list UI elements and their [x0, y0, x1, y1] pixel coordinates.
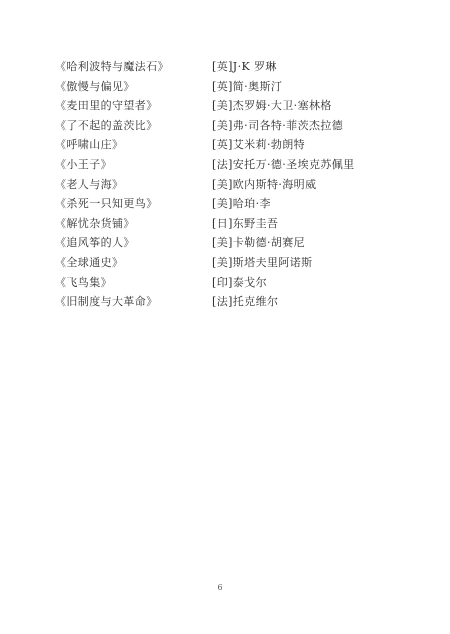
- book-list-row: 《解忧杂货铺》 [日]东野圭吾: [55, 214, 430, 234]
- book-title: 《旧制度与大革命》: [55, 292, 212, 312]
- book-title: 《了不起的盖茨比》: [55, 116, 212, 136]
- book-title: 《飞鸟集》: [55, 273, 212, 293]
- book-author: [英]J·K 罗琳: [212, 57, 430, 77]
- book-author: [英]简·奥斯汀: [212, 77, 430, 97]
- page-number: 6: [0, 583, 440, 592]
- book-list: 《哈利波特与魔法石》 [英]J·K 罗琳 《傲慢与偏见》 [英]简·奥斯汀 《麦…: [55, 57, 430, 312]
- book-list-row: 《了不起的盖茨比》 [美]弗·司各特·菲茨杰拉德: [55, 116, 430, 136]
- book-title: 《全球通史》: [55, 253, 212, 273]
- book-author: [美]欧内斯特·海明威: [212, 175, 430, 195]
- book-author: [美]卡勒德·胡赛尼: [212, 233, 430, 253]
- document-page: 《哈利波特与魔法石》 [英]J·K 罗琳 《傲慢与偏见》 [英]简·奥斯汀 《麦…: [0, 0, 450, 634]
- book-title: 《麦田里的守望者》: [55, 96, 212, 116]
- book-title: 《哈利波特与魔法石》: [55, 57, 212, 77]
- book-author: [美]哈珀·李: [212, 194, 430, 214]
- book-author: [美]弗·司各特·菲茨杰拉德: [212, 116, 430, 136]
- book-title: 《傲慢与偏见》: [55, 77, 212, 97]
- book-title: 《小王子》: [55, 155, 212, 175]
- book-author: [法]安托万·德·圣埃克苏佩里: [212, 155, 430, 175]
- book-title: 《杀死一只知更鸟》: [55, 194, 212, 214]
- book-title: 《解忧杂货铺》: [55, 214, 212, 234]
- book-list-row: 《旧制度与大革命》 [法]托克维尔: [55, 292, 430, 312]
- book-author: [美]斯塔夫里阿诺斯: [212, 253, 430, 273]
- book-author: [美]杰罗姆·大卫·塞林格: [212, 96, 430, 116]
- book-list-row: 《飞鸟集》 [印]泰戈尔: [55, 273, 430, 293]
- book-list-row: 《呼啸山庄》 [英]艾米莉·勃朗特: [55, 135, 430, 155]
- book-author: [英]艾米莉·勃朗特: [212, 135, 430, 155]
- book-list-row: 《麦田里的守望者》 [美]杰罗姆·大卫·塞林格: [55, 96, 430, 116]
- book-author: [法]托克维尔: [212, 292, 430, 312]
- book-author: [日]东野圭吾: [212, 214, 430, 234]
- book-list-row: 《追风筝的人》 [美]卡勒德·胡赛尼: [55, 233, 430, 253]
- book-title: 《老人与海》: [55, 175, 212, 195]
- book-list-row: 《老人与海》 [美]欧内斯特·海明威: [55, 175, 430, 195]
- book-title: 《呼啸山庄》: [55, 135, 212, 155]
- book-list-row: 《哈利波特与魔法石》 [英]J·K 罗琳: [55, 57, 430, 77]
- book-list-row: 《小王子》 [法]安托万·德·圣埃克苏佩里: [55, 155, 430, 175]
- book-list-row: 《傲慢与偏见》 [英]简·奥斯汀: [55, 77, 430, 97]
- book-list-row: 《全球通史》 [美]斯塔夫里阿诺斯: [55, 253, 430, 273]
- book-author: [印]泰戈尔: [212, 273, 430, 293]
- book-list-row: 《杀死一只知更鸟》 [美]哈珀·李: [55, 194, 430, 214]
- book-title: 《追风筝的人》: [55, 233, 212, 253]
